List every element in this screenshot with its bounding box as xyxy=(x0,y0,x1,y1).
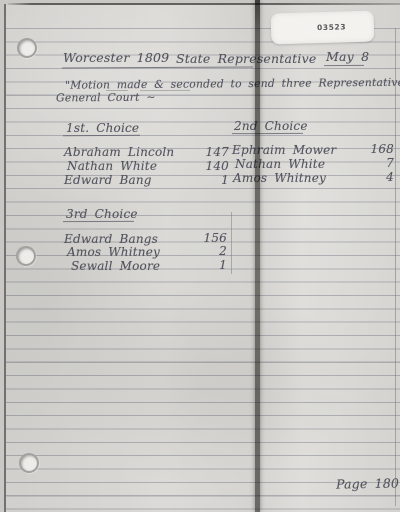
first-choice-title: 1st. Choice xyxy=(66,121,139,135)
motion-underline-1 xyxy=(106,90,128,91)
scanned-ledger-page: 03523 Worcester 1809 State Representativ… xyxy=(0,0,400,512)
second-choice-row-name: Nathan White xyxy=(235,157,325,171)
third-choice-row-votes: 156 xyxy=(193,231,227,245)
header-office: State Representative xyxy=(176,51,316,66)
second-choice-row-votes: 168 xyxy=(368,142,394,156)
third-choice-title: 3rd Choice xyxy=(66,207,138,221)
archive-number-sticker: 03523 xyxy=(271,11,375,45)
third-choice-column-line xyxy=(231,212,232,274)
second-choice-row-votes: 7 xyxy=(368,156,394,170)
first-choice-row-votes: 140 xyxy=(193,159,229,173)
third-choice-row-votes: 2 xyxy=(193,244,227,258)
hole-punch-top xyxy=(17,38,37,58)
date-underline xyxy=(324,65,364,66)
page-left-edge xyxy=(4,4,6,512)
first-choice-row-votes: 1 xyxy=(193,173,229,187)
right-margin-line xyxy=(395,28,396,506)
first-choice-row-name: Nathan White xyxy=(67,159,157,173)
first-choice-row-name: Abraham Lincoln xyxy=(64,145,174,159)
book-fold-line xyxy=(255,0,260,512)
second-choice-row-name: Amos Whitney xyxy=(233,171,326,185)
motion-line-2: General Court ~ xyxy=(56,91,156,105)
hole-punch-middle xyxy=(16,246,36,266)
second-choice-row-votes: 4 xyxy=(368,170,394,184)
header-town-year: Worcester 1809 xyxy=(63,50,169,65)
third-choice-row-name: Amos Whitney xyxy=(67,245,160,259)
hole-punch-bottom xyxy=(19,453,39,473)
second-choice-row-name: Ephraim Mower xyxy=(232,143,336,157)
third-choice-row-name: Edward Bangs xyxy=(64,232,158,246)
first-choice-row-votes: 147 xyxy=(193,145,229,159)
page-number: Page 180. xyxy=(336,475,400,491)
archive-number: 03523 xyxy=(317,22,346,32)
third-choice-row-name: Sewall Moore xyxy=(71,259,160,273)
second-choice-title: 2nd Choice xyxy=(234,119,308,133)
header-date: May 8 xyxy=(326,49,369,64)
third-choice-row-votes: 1 xyxy=(193,258,227,272)
first-choice-row-name: Edward Bang xyxy=(64,173,152,187)
page-top-edge xyxy=(8,3,400,5)
